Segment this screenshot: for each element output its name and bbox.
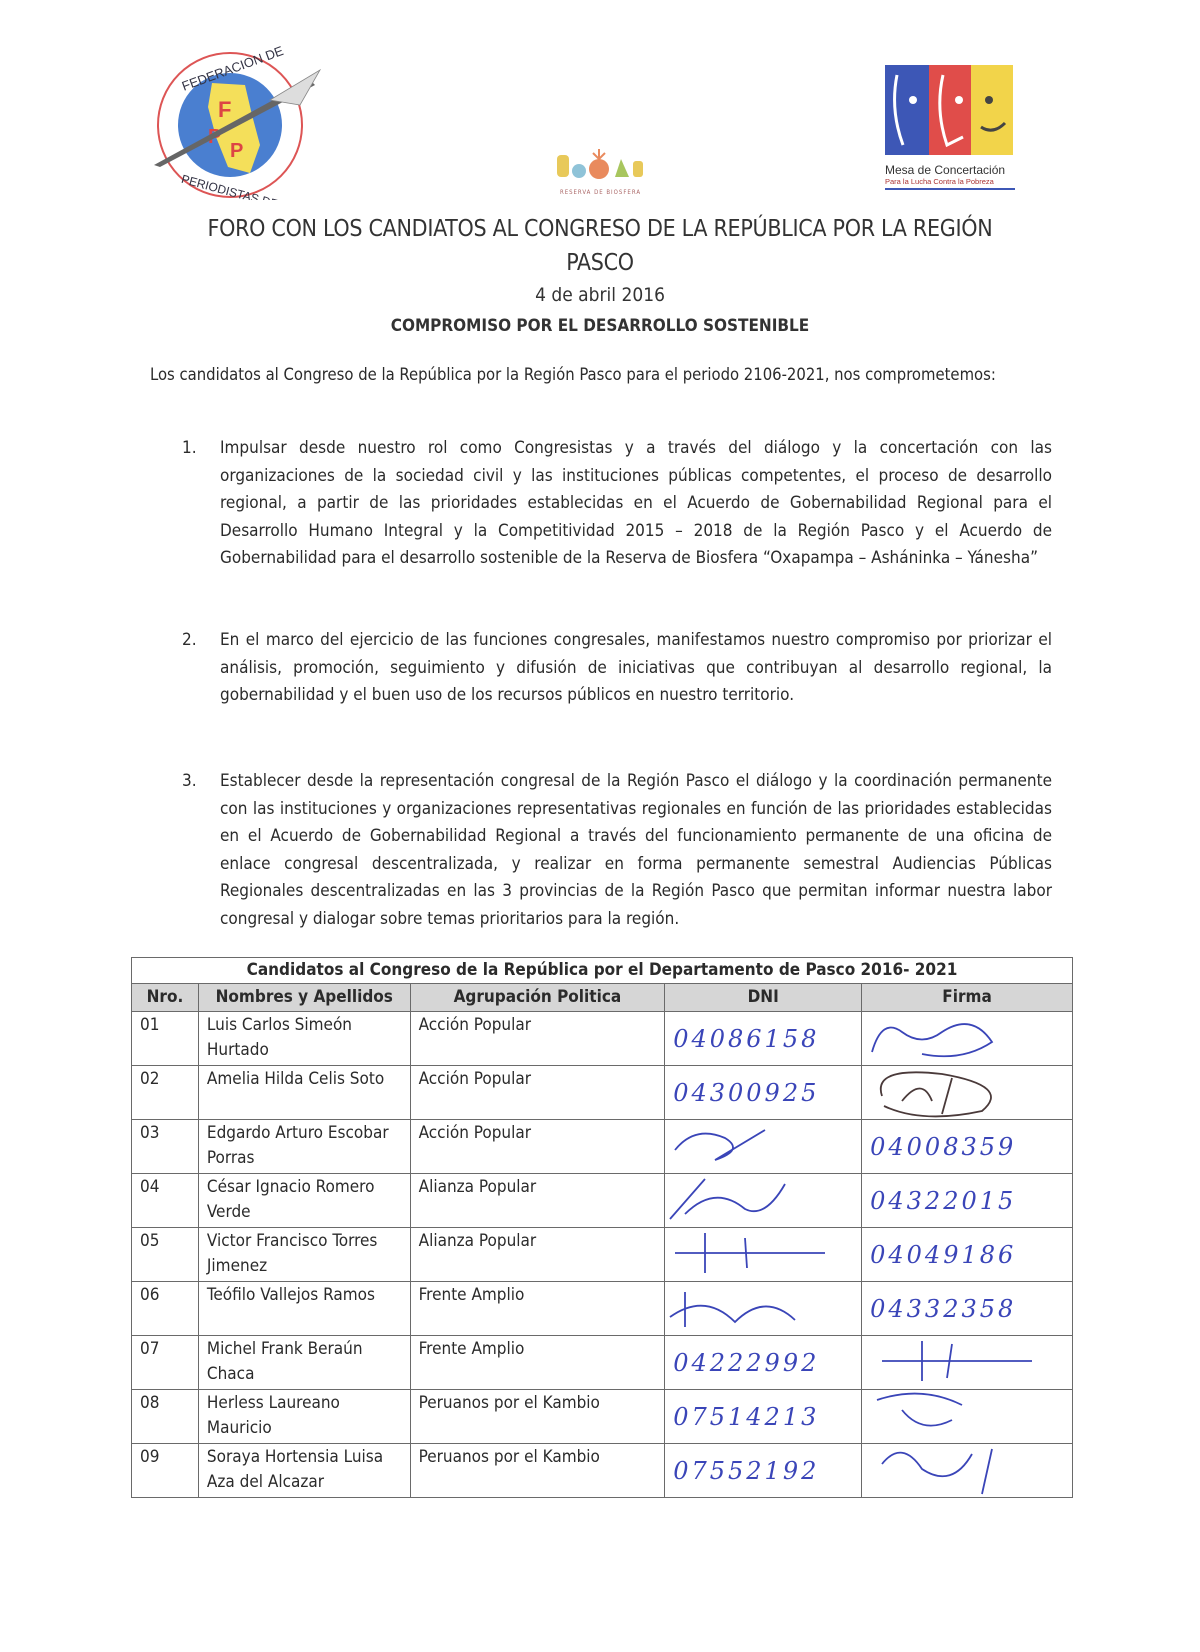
political-party: Peruanos por el Kambio [410, 1444, 665, 1498]
handwritten-dni: 04049186 [870, 1229, 1064, 1268]
row-number: 04 [132, 1174, 199, 1228]
commitment-text: Impulsar desde nuestro rol como Congresi… [220, 435, 1052, 573]
handwritten-dni: 04300925 [673, 1067, 853, 1106]
mesa-title: Mesa de Concertación [885, 163, 1015, 177]
dni-cell [665, 1120, 862, 1174]
signature-cell: 04008359 [862, 1120, 1073, 1174]
title-line-1: FORO CON LOS CANDIATOS AL CONGRESO DE LA… [140, 212, 1060, 246]
handwritten-dni: 04332358 [870, 1283, 1064, 1322]
handwritten-dni: 04322015 [870, 1175, 1064, 1214]
candidate-name: Soraya Hortensia Luisa Aza del Alcazar [198, 1444, 410, 1498]
handwritten-dni: 07552192 [673, 1445, 853, 1484]
row-number: 07 [132, 1336, 199, 1390]
table-row: 08Herless Laureano MauricioPeruanos por … [132, 1390, 1073, 1444]
commitment-number: 3. [182, 768, 197, 796]
political-party: Alianza Popular [410, 1228, 665, 1282]
col-header-signature: Firma [862, 984, 1073, 1012]
table-row: 03Edgardo Arturo Escobar PorrasAcción Po… [132, 1120, 1073, 1174]
intro-paragraph: Los candidatos al Congreso de la Repúbli… [150, 362, 1050, 387]
fpp-emblem-icon: F P P FEDERACION DE PERIODISTAS DEL PERU [150, 45, 325, 200]
signature-cell [862, 1390, 1073, 1444]
handwritten-signature-icon [665, 1174, 855, 1226]
candidate-name: Herless Laureano Mauricio [198, 1390, 410, 1444]
signature-cell [862, 1336, 1073, 1390]
handwritten-signature-icon [862, 1012, 1052, 1064]
table-row: 02Amelia Hilda Celis SotoAcción Popular0… [132, 1066, 1073, 1120]
dni-cell: 04222992 [665, 1336, 862, 1390]
row-number: 06 [132, 1282, 199, 1336]
table-row: 01Luis Carlos Simeón HurtadoAcción Popul… [132, 1012, 1073, 1066]
handwritten-dni: 07514213 [673, 1391, 853, 1430]
signature-cell: 04322015 [862, 1174, 1073, 1228]
signature-cell: 04332358 [862, 1282, 1073, 1336]
political-party: Acción Popular [410, 1120, 665, 1174]
table-title: Candidatos al Congreso de la República p… [132, 958, 1073, 984]
table-row: 05Victor Francisco Torres JimenezAlianza… [132, 1228, 1073, 1282]
signature-cell: 04049186 [862, 1228, 1073, 1282]
commitment-number: 2. [182, 627, 197, 655]
signature-cell [862, 1066, 1073, 1120]
political-party: Frente Amplio [410, 1282, 665, 1336]
fpp-logo: F P P FEDERACION DE PERIODISTAS DEL PERU [150, 45, 325, 200]
political-party: Acción Popular [410, 1066, 665, 1120]
table-row: 07Michel Frank Beraún ChacaFrente Amplio… [132, 1336, 1073, 1390]
document-subtitle: COMPROMISO POR EL DESARROLLO SOSTENIBLE [140, 316, 1060, 336]
handwritten-signature-icon [665, 1282, 855, 1334]
svg-text:F: F [218, 97, 231, 122]
mesa-subtitle: Para la Lucha Contra la Pobreza [885, 177, 1015, 190]
row-number: 02 [132, 1066, 199, 1120]
col-header-dni: DNI [665, 984, 862, 1012]
commitment-2: 2. En el marco del ejercicio de las func… [182, 627, 1052, 710]
col-header-nro: Nro. [132, 984, 199, 1012]
commitment-number: 1. [182, 435, 197, 463]
row-number: 08 [132, 1390, 199, 1444]
handwritten-signature-icon [665, 1228, 855, 1280]
commitment-text: Establecer desde la representación congr… [220, 768, 1052, 933]
dni-cell [665, 1174, 862, 1228]
handwritten-signature-icon [665, 1120, 855, 1172]
title-line-2: PASCO [140, 246, 1060, 280]
political-party: Frente Amplio [410, 1336, 665, 1390]
table-row: 09Soraya Hortensia Luisa Aza del Alcazar… [132, 1444, 1073, 1498]
political-party: Peruanos por el Kambio [410, 1390, 665, 1444]
biosfera-caption: RESERVA DE BIOSFERA [553, 189, 648, 196]
dni-cell: 07552192 [665, 1444, 862, 1498]
handwritten-dni: 04086158 [673, 1013, 853, 1052]
handwritten-signature-icon [862, 1336, 1052, 1388]
document-title: FORO CON LOS CANDIATOS AL CONGRESO DE LA… [140, 212, 1060, 280]
dni-cell [665, 1228, 862, 1282]
table-row: 04César Ignacio Romero VerdeAlianza Popu… [132, 1174, 1073, 1228]
signature-cell [862, 1012, 1073, 1066]
dni-cell [665, 1282, 862, 1336]
mesa-concertacion-logo: Mesa de Concertación Para la Lucha Contr… [885, 65, 1015, 195]
commitment-text: En el marco del ejercicio de las funcion… [220, 627, 1052, 710]
row-number: 09 [132, 1444, 199, 1498]
col-header-party: Agrupación Politica [410, 984, 665, 1012]
handwritten-dni: 04008359 [870, 1121, 1064, 1160]
dni-cell: 04086158 [665, 1012, 862, 1066]
candidates-table: Candidatos al Congreso de la República p… [131, 957, 1073, 1498]
dni-cell: 07514213 [665, 1390, 862, 1444]
row-number: 01 [132, 1012, 199, 1066]
candidate-name: Amelia Hilda Celis Soto [198, 1066, 410, 1120]
row-number: 05 [132, 1228, 199, 1282]
dni-cell: 04300925 [665, 1066, 862, 1120]
svg-text:P: P [230, 140, 243, 162]
table-row: 06Teófilo Vallejos RamosFrente Amplio043… [132, 1282, 1073, 1336]
handwritten-signature-icon [862, 1390, 1052, 1442]
political-party: Alianza Popular [410, 1174, 665, 1228]
commitment-1: 1. Impulsar desde nuestro rol como Congr… [182, 435, 1052, 573]
col-header-name: Nombres y Apellidos [198, 984, 410, 1012]
signature-cell [862, 1444, 1073, 1498]
biosfera-logo: RESERVA DE BIOSFERA [553, 145, 648, 197]
political-party: Acción Popular [410, 1012, 665, 1066]
candidate-name: Victor Francisco Torres Jimenez [198, 1228, 410, 1282]
handwritten-signature-icon [862, 1066, 1052, 1118]
commitment-3: 3. Establecer desde la representación co… [182, 768, 1052, 933]
candidate-name: Luis Carlos Simeón Hurtado [198, 1012, 410, 1066]
candidate-name: Michel Frank Beraún Chaca [198, 1336, 410, 1390]
candidate-name: César Ignacio Romero Verde [198, 1174, 410, 1228]
handwritten-signature-icon [862, 1444, 1052, 1496]
row-number: 03 [132, 1120, 199, 1174]
faces-emblem-icon [885, 65, 1013, 155]
document-date: 4 de abril 2016 [140, 284, 1060, 306]
candidate-name: Teófilo Vallejos Ramos [198, 1282, 410, 1336]
handwritten-dni: 04222992 [673, 1337, 853, 1376]
candidate-name: Edgardo Arturo Escobar Porras [198, 1120, 410, 1174]
biosfera-emblem-icon [553, 145, 648, 185]
